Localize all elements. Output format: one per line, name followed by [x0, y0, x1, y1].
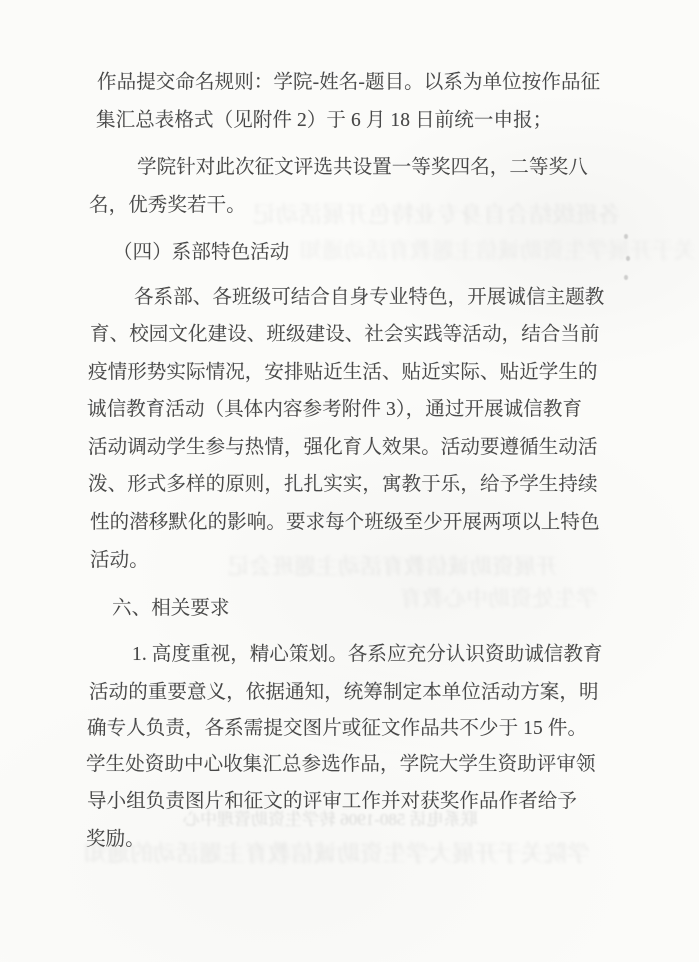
section-heading: 六、相关要求 [112, 596, 230, 622]
text-line: 学院针对此次征文评选共设置一等奖四名，二等奖八 [137, 155, 588, 181]
scan-speck [626, 256, 630, 261]
scan-speck [624, 275, 628, 280]
text-line: 泼、形式多样的原则，扎扎实实，寓教于乐，给予学生持续 [88, 472, 598, 498]
text-line: 导小组负责图片和征文的评审工作并对获奖作品作者给予 [87, 789, 577, 815]
text-line: 性的潜移默化的影响。要求每个班级至少开展两项以上特色 [90, 510, 600, 536]
text-line: 各系部、各班级可结合自身专业特色，开展诚信主题教 [134, 285, 604, 311]
text-line: 集汇总表格式（见附件 2）于 6 月 18 日前统一申报； [96, 108, 552, 134]
document-page: 各班级结合自身专业特色开展活动记 关于开展学生资助诚信主题教育活动通知 开展资助… [0, 0, 699, 962]
text-line: 育、校园文化建设、班级建设、社会实践等活动，结合当前 [90, 322, 600, 348]
text-line: 作品提交命名规则：学院-姓名-题目。以系为单位按作品征 [97, 70, 600, 96]
text-line: 活动。 [90, 548, 149, 574]
text-line: 1. 高度重视，精心策划。各系应充分认识资助诚信教育 [132, 642, 603, 668]
bleed-through-text: 学生处资助中心教育 [400, 582, 598, 613]
bleed-through-text: 开展资助诚信教育活动主题班会记 [228, 550, 558, 581]
section-heading: （四）系部特色活动 [113, 240, 289, 266]
text-line: 疫情形势实际情况，安排贴近生活、贴近实际、贴近学生的 [88, 360, 598, 386]
text-line: 学生处资助中心收集汇总参选作品，学院大学生资助评审领 [86, 752, 596, 778]
text-line: 名，优秀奖若干。 [89, 193, 246, 219]
bleed-through-text: 学院关于开展大学生资助诚信教育主题活动的通知 [84, 835, 590, 868]
bleed-through-text: 各班级结合自身专业特色开展活动记 [253, 196, 621, 229]
text-line: 确专人负责，各系需提交图片或征文作品共不少于 15 件。 [87, 716, 587, 742]
text-line: 活动调动学生参与热情，强化育人效果。活动要遵循生动活 [88, 435, 598, 461]
text-line: 诚信教育活动（具体内容参考附件 3），通过开展诚信教育 [87, 397, 582, 423]
text-line: 活动的重要意义，依据通知，统筹制定本单位活动方案，明 [89, 680, 599, 706]
bleed-through-text: 关于开展学生资助诚信主题教育活动通知 [300, 234, 696, 265]
scan-speck [624, 234, 628, 239]
text-line: 奖励。 [86, 827, 145, 853]
